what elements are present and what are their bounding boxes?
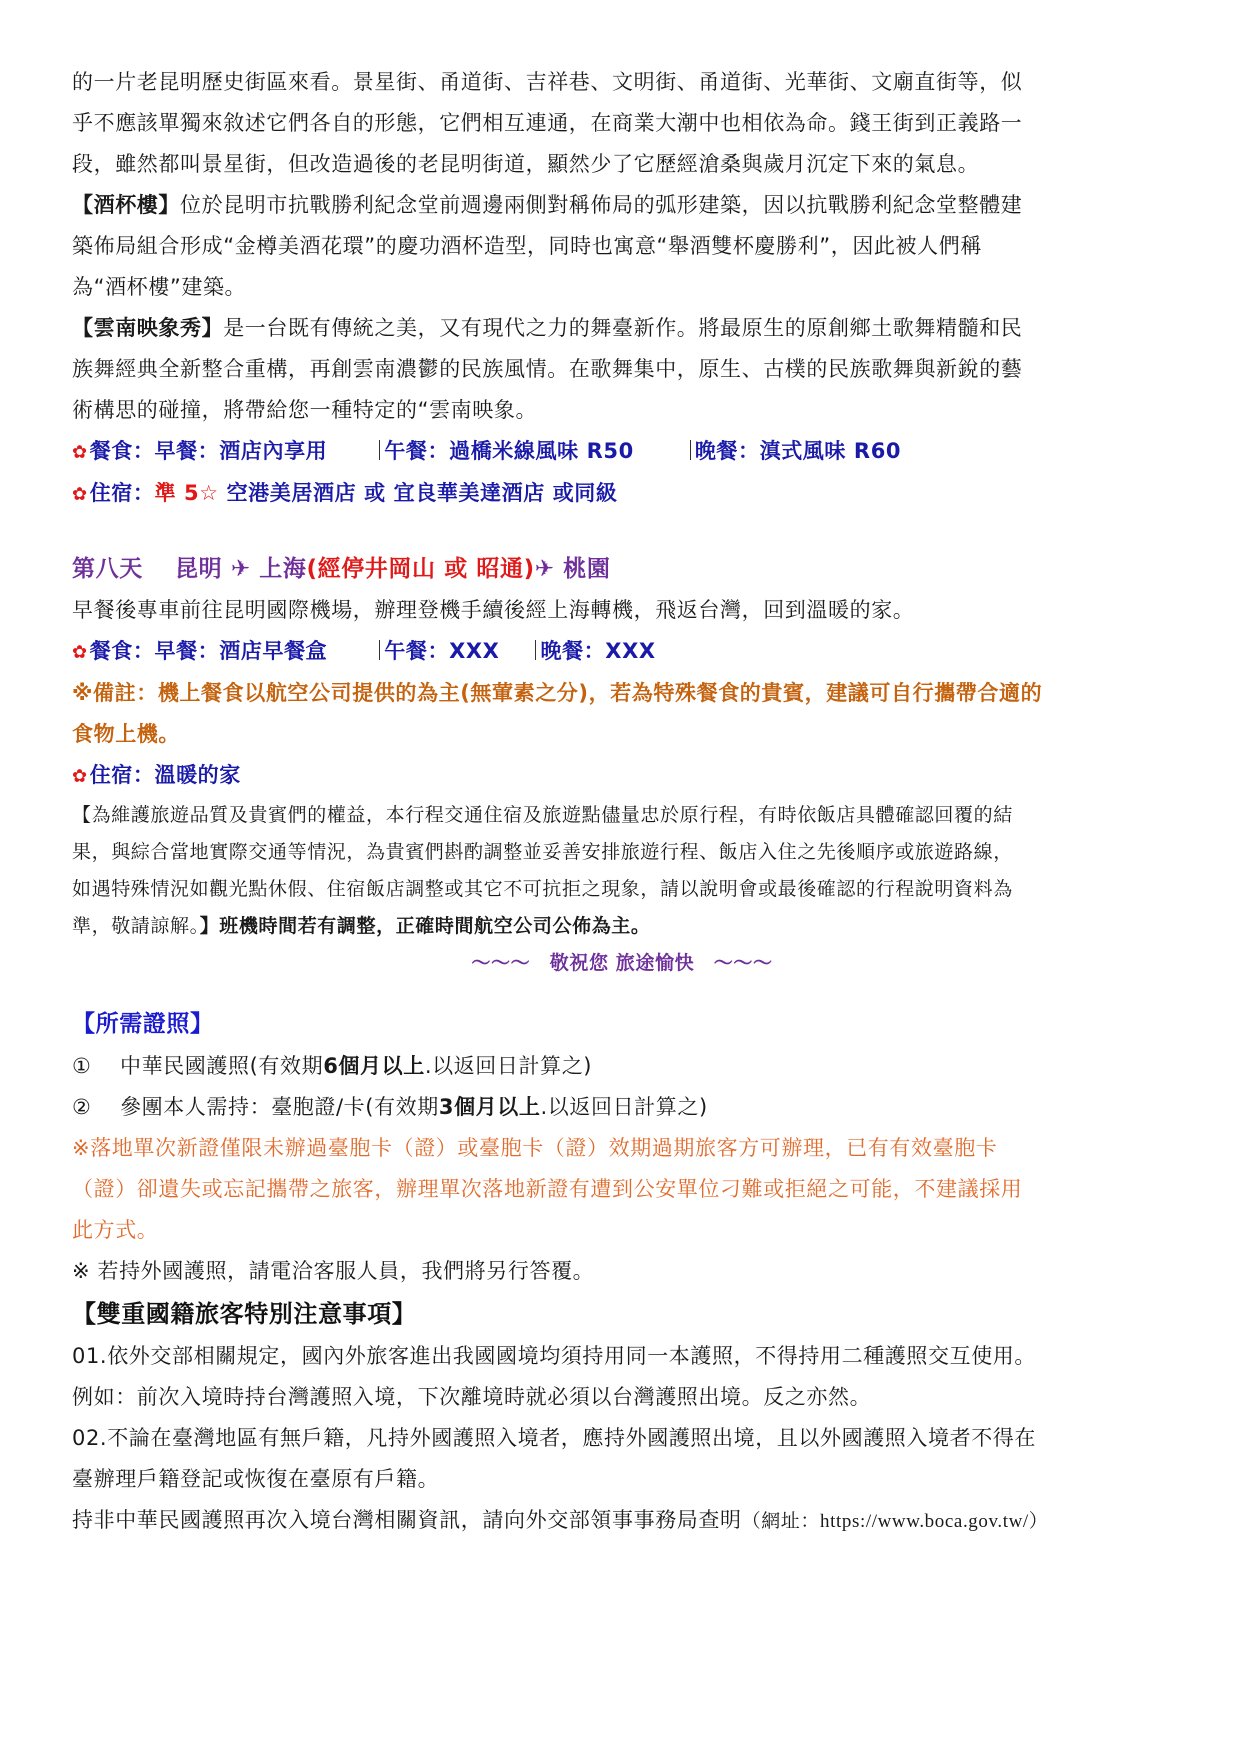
separator [379, 640, 380, 660]
day8-meals: ✿餐食：早餐：酒店早餐盒午餐：XXX晚餐：XXX [72, 631, 1172, 673]
day8-stopover: (經停井岡山 或 昭通) [307, 556, 535, 582]
meal-note: 食物上機。 [72, 714, 1172, 755]
day8-destination: ✈ 桃園 [535, 556, 611, 582]
boca-link[interactable]: https://www.boca.gov.tw/ [820, 1511, 1029, 1532]
dinner-label: 晚餐：滇式風味 R60 [695, 439, 901, 463]
breakfast-label: 餐食：早餐：酒店早餐盒 [90, 639, 328, 663]
document-page: 的一片老昆明歷史街區來看。景星街、甬道街、吉祥巷、文明街、甬道街、光華街、文廟直… [72, 62, 1172, 1542]
rule-line: 02.不論在臺灣地區有無戶籍，凡持外國護照入境者，應持外國護照出境，且以外國護照… [72, 1418, 1172, 1459]
lunch-label: 午餐：XXX [384, 639, 499, 663]
required-documents: 【所需證照】 ①中華民國護照(有效期6個月以上.以返回日計算之) ②參團本人需持… [72, 1002, 1172, 1292]
jiubeilou-section: 【酒杯樓】位於昆明市抗戰勝利紀念堂前週邊兩側對稱佈局的弧形建築，因以抗戰勝利紀念… [72, 185, 1172, 308]
disclaimer-line: 【為維護旅遊品質及貴賓們的權益，本行程交通住宿及旅遊點儘量忠於原行程，有時依飯店… [72, 797, 1172, 834]
jiubeilou-text: 築佈局組合形成“金樽美酒花環”的慶功酒杯造型，同時也寓意“舉酒雙杯慶勝利”，因此… [72, 226, 1172, 267]
yunnan-show-title: 【雲南映象秀】 [72, 316, 223, 340]
hotel-label: 住宿： [90, 481, 155, 505]
day7-meals: ✿餐食：早餐：酒店內享用午餐：過橋米線風味 R50晚餐：滇式風味 R60 [72, 431, 1172, 473]
flower-icon: ✿ [72, 642, 88, 663]
dinner-label: 晚餐：XXX [540, 639, 655, 663]
intro-paragraph: 的一片老昆明歷史街區來看。景星街、甬道街、吉祥巷、文明街、甬道街、光華街、文廟直… [72, 62, 1172, 185]
yunnan-show-text: 族舞經典全新整合重構，再創雲南濃鬱的民族風情。在歌舞集中，原生、古樸的民族歌舞與… [72, 349, 1172, 390]
hotel-label: 住宿：溫暖的家 [90, 763, 241, 787]
validity-bold: 3個月以上 [439, 1095, 541, 1119]
rule-line: 臺辦理戶籍登記或恢復在臺原有戶籍。 [72, 1459, 1172, 1500]
visa-warning: ※落地單次新證僅限未辦過臺胞卡（證）或臺胞卡（證）效期過期旅客方可辦理，已有有效… [72, 1128, 1172, 1169]
day8-description: 早餐後專車前往昆明國際機場，辦理登機手續後經上海轉機，飛返台灣，回到溫暖的家。 [72, 590, 1172, 631]
validity-bold: 6個月以上 [323, 1054, 425, 1078]
day8-route: 第八天 昆明 ✈ 上海 [72, 556, 307, 582]
meal-note: ※備註：機上餐食以航空公司提供的為主(無葷素之分)，若為特殊餐食的貴賓，建議可自… [72, 673, 1172, 714]
intro-line: 的一片老昆明歷史街區來看。景星街、甬道街、吉祥巷、文明街、甬道街、光華街、文廟直… [72, 62, 1172, 103]
disclaimer-line: 果，與綜合當地實際交通等情況，為貴賓們斟酌調整並妥善安排旅遊行程、飯店入住之先後… [72, 834, 1172, 871]
flight-notice: 】班機時間若有調整，正確時間航空公司公佈為主。 [200, 915, 651, 937]
flower-icon: ✿ [72, 766, 88, 787]
yunnan-show-section: 【雲南映象秀】是一台既有傳統之美，又有現代之力的舞臺新作。將最原生的原創鄉土歌舞… [72, 308, 1172, 431]
disclaimer: 【為維護旅遊品質及貴賓們的權益，本行程交通住宿及旅遊點儘量忠於原行程，有時依飯店… [72, 797, 1172, 982]
separator [379, 440, 380, 460]
documents-title: 【所需證照】 [72, 1002, 1172, 1046]
lunch-label: 午餐：過橋米線風味 R50 [384, 439, 634, 463]
hotel-names: 空港美居酒店 或 宜良華美達酒店 或同級 [227, 481, 618, 505]
dual-nationality-title: 【雙重國籍旅客特別注意事項】 [72, 1292, 1172, 1336]
item-number: ① [72, 1046, 120, 1087]
flower-icon: ✿ [72, 442, 88, 463]
closing-wishes: ～～～ 敬祝您 旅途愉快 ～～～ [72, 945, 1172, 982]
yunnan-show-text: 術構思的碰撞，將帶給您一種特定的“雲南映象。 [72, 390, 1172, 431]
rule-line: 01.依外交部相關規定，國內外旅客進出我國國境均須持用同一本護照，不得持用二種護… [72, 1336, 1172, 1377]
intro-line: 乎不應該單獨來敘述它們各自的形態，它們相互連通，在商業大潮中也相依為命。錢王街到… [72, 103, 1172, 144]
intro-line: 段，雖然都叫景星街，但改造過後的老昆明街道，顯然少了它歷經滄桑與歲月沉定下來的氣… [72, 144, 1172, 185]
visa-warning: 此方式。 [72, 1210, 1172, 1251]
disclaimer-line: 如遇特殊情況如觀光點休假、住宿飯店調整或其它不可抗拒之現象，請以說明會或最後確認… [72, 871, 1172, 908]
boca-info: 持非中華民國護照再次入境台灣相關資訊，請向外交部領事事務局查明（網址：https… [72, 1500, 1172, 1542]
breakfast-label: 餐食：早餐：酒店內享用 [90, 439, 328, 463]
day8-section: 第八天 昆明 ✈ 上海(經停井岡山 或 昭通)✈ 桃園 早餐後專車前往昆明國際機… [72, 549, 1172, 797]
document-item: ②參團本人需持：臺胞證/卡(有效期3個月以上.以返回日計算之) [72, 1087, 1172, 1128]
jiubeilou-text: 位於昆明市抗戰勝利紀念堂前週邊兩側對稱佈局的弧形建築，因以抗戰勝利紀念堂整體建 [180, 193, 1022, 217]
day7-hotel: ✿住宿：準 5☆ 空港美居酒店 或 宜良華美達酒店 或同級 [72, 473, 1172, 515]
separator [535, 640, 536, 660]
document-item: ①中華民國護照(有效期6個月以上.以返回日計算之) [72, 1046, 1172, 1087]
rule-line: 例如：前次入境時持台灣護照入境，下次離境時就必須以台灣護照出境。反之亦然。 [72, 1377, 1172, 1418]
separator [690, 440, 691, 460]
item-number: ② [72, 1087, 120, 1128]
jiubeilou-text: 為“酒杯樓”建築。 [72, 267, 1172, 308]
hotel-rating: 準 5☆ [155, 481, 219, 505]
visa-warning: （證）卻遺失或忘記攜帶之旅客，辦理單次落地新證有遭到公安單位刁難或拒絕之可能，不… [72, 1169, 1172, 1210]
flower-icon: ✿ [72, 484, 88, 505]
day8-hotel: ✿住宿：溫暖的家 [72, 755, 1172, 797]
disclaimer-line: 準，敬請諒解。 [72, 915, 200, 937]
dual-nationality-section: 【雙重國籍旅客特別注意事項】 01.依外交部相關規定，國內外旅客進出我國國境均須… [72, 1292, 1172, 1542]
day8-title: 第八天 昆明 ✈ 上海(經停井岡山 或 昭通)✈ 桃園 [72, 549, 1172, 590]
jiubeilou-title: 【酒杯樓】 [72, 193, 180, 217]
foreign-passport-note: ※ 若持外國護照，請電洽客服人員，我們將另行答覆。 [72, 1251, 1172, 1292]
yunnan-show-text: 是一台既有傳統之美，又有現代之力的舞臺新作。將最原生的原創鄉土歌舞精髓和民 [223, 316, 1022, 340]
